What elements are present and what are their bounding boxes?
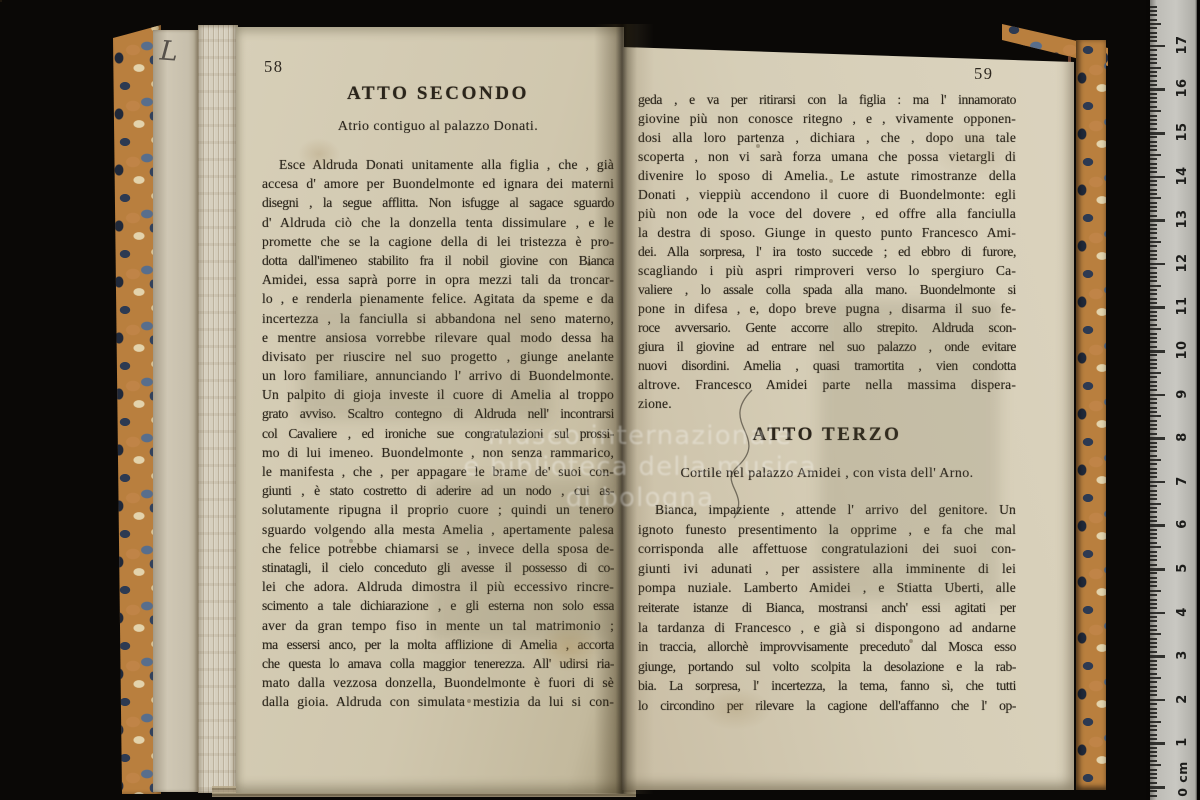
book-page-left: 58 ATTO SECONDO Atrio contiguo al palazz… xyxy=(236,27,624,793)
act-two-heading: ATTO SECONDO xyxy=(262,83,614,105)
body-text-right-upper: geda , e va per ritirarsi con la figlia … xyxy=(638,90,1016,413)
page-number-left: 58 xyxy=(264,57,284,77)
scene-caption-left: Atrio contiguo al palazzo Donati. xyxy=(262,119,614,135)
marbled-cover-right xyxy=(1076,40,1106,790)
pencil-annotation: L xyxy=(159,35,179,67)
book-page-right: 59 geda , e va per ritirarsi con la figl… xyxy=(622,38,1074,790)
book-scan-photo: L 58 ATTO SECONDO Atrio contiguo al pala… xyxy=(0,0,1200,800)
scene-caption-right: Cortile nel palazzo Amidei , con vista d… xyxy=(638,466,1016,482)
ruler: 12345678910111213141516170 cm xyxy=(1150,0,1197,800)
foxing-specks xyxy=(0,0,2,2)
page-number-right: 59 xyxy=(974,64,994,84)
flyleaf-edge: L xyxy=(153,30,198,792)
page-edge-stack-left xyxy=(198,25,238,793)
body-text-left: Esce Aldruda Donati unitamente alla figl… xyxy=(262,155,614,711)
act-three-heading: ATTO TERZO xyxy=(638,424,1016,446)
body-text-right-lower: Bianca, impaziente , attende l' arrivo d… xyxy=(638,500,1016,716)
